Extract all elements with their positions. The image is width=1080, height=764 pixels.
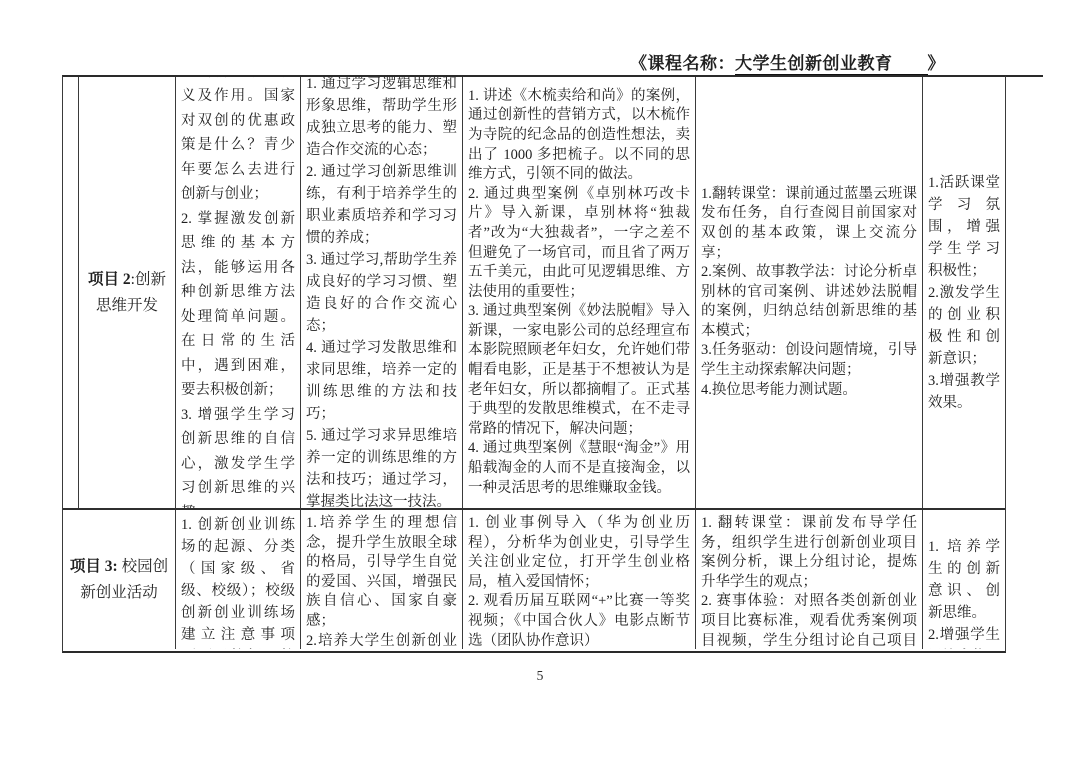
cell-teaching-methods: 1.翻转课堂：课前通过蓝墨云班课发布任务，自行查阅目前国家对双创的基本政策，课上… [696, 77, 923, 508]
list-item-text: 2.增强学生民族自信 [928, 624, 1000, 649]
list-item-text: 1. 创新创业训练场的起源、分类（国家级、省级、校级）；校级创新创业训练场建立注… [181, 514, 295, 649]
list-item-text: 1.培养学生的理想信念，提升学生放眼全球的格局，引导学生自觉的爱国、兴国，增强民… [306, 514, 457, 632]
project-label-bold: 项目 2 [88, 271, 131, 288]
table-top-border-extension [1006, 75, 1043, 77]
cell-knowledge-goals: 1. 创新创业训练场的起源、分类（国家级、省级、校级）；校级创新创业训练场建立注… [176, 510, 301, 649]
list-item-text: 3. 增强学生学习创新思维的自信心，激发学生学习创新思维的兴趣。 [181, 403, 295, 508]
cell-ability-goals: 1.培养学生的理想信念，提升学生放眼全球的格局，引导学生自觉的爱国、兴国，增强民… [301, 510, 463, 649]
cell-teaching-content: 1. 创业事例导入（华为创业历程），分析华为创业史，引导学生关注创业定位，打开学… [463, 510, 696, 649]
list-item-text: 2. 通过典型案例《卓别林巧改卡片》导入新课，卓别林将“独裁者”改为“大独裁者”… [468, 185, 690, 303]
list-item-text: 5. 通过学习求异思维培养一定的训练思维的方法和技巧；通过学习，掌握类比法这一技… [306, 425, 457, 509]
table-row-project-3: 项目 3: 校园创新创业活动 1. 创新创业训练场的起源、分类（国家级、省级、校… [63, 510, 1005, 649]
list-item-text: 1.活跃课堂学习氛围，增强学生学习积极性； [928, 172, 1000, 282]
page-number: 5 [0, 668, 1080, 684]
list-item-text: 2. 掌握激发创新思维的基本方法，能够运用各种创新思维方法处理简单问题。在日常的… [181, 207, 295, 403]
course-header-suffix: 》 [928, 54, 946, 73]
list-item-text: 2.培养大学生创新创业意识、团队合作意识和坚持 [306, 632, 457, 649]
list-item-text: 2. 通过学习创新思维训练，有利于培养学生的职业素质培养和学习习惯的养成； [306, 161, 457, 249]
list-item-text: 1. 通过学习逻辑思维和形象思维，帮助学生形成独立思考的能力、塑造合作交流的心态… [306, 77, 457, 161]
list-item-text: 3.任务驱动：创设问题情境，引导学生主动探索解决问题； [701, 341, 917, 380]
cell-index-empty [63, 77, 79, 508]
list-item-text: 1. 创新思维的含义及作用。国家对双创的优惠政策是什么？青少年要怎么去进行创新与… [181, 77, 295, 207]
list-item-text: 1. 创业事例导入（华为创业历程），分析华为创业史，引导学生关注创业定位，打开学… [468, 514, 690, 592]
list-item-text: 4.换位思考能力测试题。 [701, 381, 917, 401]
list-item-text: 4. 通过学习发散思维和求同思维，培养一定的训练思维的方法和技巧； [306, 337, 457, 425]
cell-teaching-effect: 1. 培养学生的创新意识、创新思维。2.增强学生民族自信 [923, 510, 1005, 649]
list-item-text: 1. 讲述《木梳卖给和尚》的案例，通过创新性的营销方式，以木梳作为寺院的纪念品的… [468, 87, 690, 185]
list-item-text: 2.案例、故事教学法：讨论分析卓别林的官司案例、讲述妙法脱帽的案例，归纳总结创新… [701, 263, 917, 341]
course-name-underline: 大学生创新创业教育 [735, 54, 928, 75]
list-item-text: 1. 培养学生的创新意识、创新思维。 [928, 536, 1000, 624]
list-item-text: 3. 通过典型案例《妙法脱帽》导入新课，一家电影公司的总经理宣布本影院照顾老年妇… [468, 302, 690, 439]
cell-project-name: 项目 3: 校园创新创业活动 [63, 510, 176, 649]
list-item-text: 2.激发学生的创业积极性和创新意识； [928, 282, 1000, 370]
course-header-prefix: 《课程名称： [630, 54, 735, 73]
list-item-text: 3.增强教学效果。 [928, 370, 1000, 414]
list-item-text: 3. 通过学习,帮助学生养成良好的学习习惯、塑造良好的合作交流心态； [306, 249, 457, 337]
syllabus-table: 项目 2:创新思维开发 1. 创新思维的含义及作用。国家对双创的优惠政策是什么？… [62, 75, 1006, 653]
project-label-bold: 项目 3: [70, 558, 118, 575]
table-row-project-2: 项目 2:创新思维开发 1. 创新思维的含义及作用。国家对双创的优惠政策是什么？… [63, 77, 1005, 510]
cell-knowledge-goals: 1. 创新思维的含义及作用。国家对双创的优惠政策是什么？青少年要怎么去进行创新与… [176, 77, 301, 508]
list-item-text: 1.翻转课堂：课前通过蓝墨云班课发布任务，自行查阅目前国家对双创的基本政策，课上… [701, 185, 917, 263]
list-item-text: 2. 观看历届互联网“+”比赛一等奖视频；《中国合伙人》电影点断节选（团队协作意… [468, 592, 690, 649]
cell-teaching-content: 1. 讲述《木梳卖给和尚》的案例，通过创新性的营销方式，以木梳作为寺院的纪念品的… [463, 77, 696, 508]
list-item-text: 2. 赛事体验：对照各类创新创业项目比赛标准，观看优秀案例项目视频，学生分组讨论… [701, 592, 917, 649]
cell-teaching-methods: 1. 翻转课堂：课前发布导学任务，组织学生进行创新创业项目案例分析，课上分组讨论… [696, 510, 923, 649]
cell-teaching-effect: 1.活跃课堂学习氛围，增强学生学习积极性；2.激发学生的创业积极性和创新意识；3… [923, 77, 1005, 508]
list-item-text: 4. 通过典型案例《慧眼“淘金”》用船载淘金的人而不是直接淘金，以一种灵活思考的… [468, 439, 690, 498]
list-item-text: 1. 翻转课堂：课前发布导学任务，组织学生进行创新创业项目案例分析，课上分组讨论… [701, 514, 917, 592]
cell-ability-goals: 1. 通过学习逻辑思维和形象思维，帮助学生形成独立思考的能力、塑造合作交流的心态… [301, 77, 463, 508]
cell-project-name: 项目 2:创新思维开发 [79, 77, 176, 508]
course-header: 《课程名称：大学生创新创业教育 》 [630, 49, 945, 74]
